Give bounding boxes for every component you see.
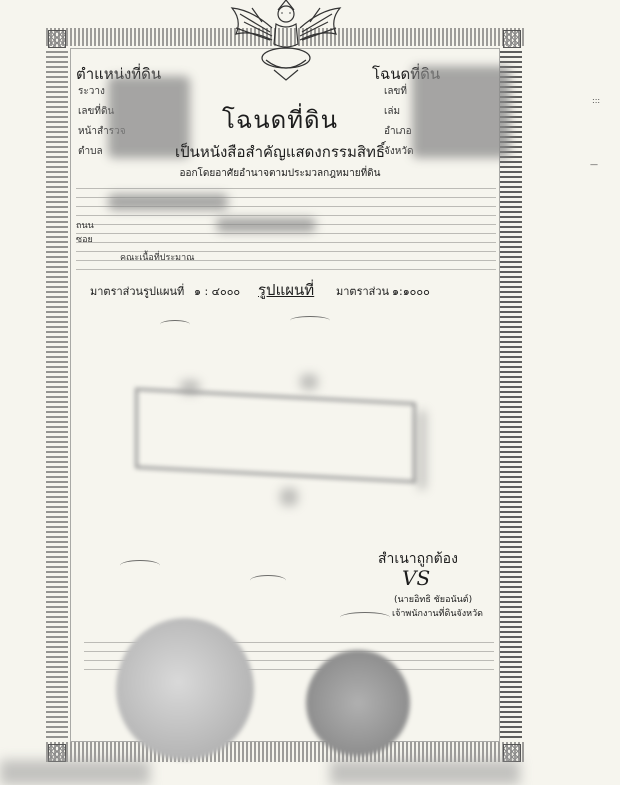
- scale-label: มาตราส่วนรูปแผนที่: [90, 282, 184, 300]
- document-subtitle: เป็นหนังสือสำคัญแสดงกรรมสิทธิ์: [0, 140, 560, 164]
- garuda-emblem-icon: [222, 0, 350, 82]
- redacted-plot-map: [135, 388, 416, 484]
- border-bottom: [46, 742, 524, 762]
- redacted-official-seal: [116, 618, 254, 760]
- margin-note: —: [590, 160, 598, 169]
- redacted-address: [216, 218, 316, 232]
- map-marker: [180, 380, 200, 394]
- corner-ornament: [48, 30, 66, 48]
- field-label-sheet: ระวาง: [78, 84, 105, 99]
- scale-value: ๑ : ๔๐๐๐: [194, 282, 240, 300]
- redacted-bottom: [0, 760, 150, 785]
- map-marker: [280, 488, 298, 506]
- signer-role: เจ้าพนักงานที่ดินจังหวัด: [392, 606, 483, 620]
- map-label: รูปแผนที่: [258, 278, 314, 302]
- redacted-bottom: [330, 760, 520, 785]
- right-scale-value: ๑:๑๐๐๐: [392, 282, 430, 300]
- signer-name: (นายอิทธิ ชัยอนันต์): [394, 592, 472, 606]
- map-marker: [300, 374, 318, 390]
- land-title-deed: ตำแหน่งที่ดิน ระวาง เลขที่ดิน หน้าสำรวจ …: [0, 0, 620, 785]
- field-label-number: เลขที่: [384, 84, 407, 99]
- right-scale-label: มาตราส่วน: [336, 282, 389, 300]
- signature: VS: [402, 566, 430, 590]
- redacted-official-seal: [306, 650, 410, 756]
- document-title: โฉนดที่ดิน: [0, 100, 560, 139]
- area-label: คณะเนื้อที่ประมาณ: [120, 250, 195, 264]
- map-side-label: [418, 410, 426, 490]
- corner-ornament: [503, 30, 521, 48]
- redacted-owner-name: [108, 194, 228, 210]
- margin-note: :::: [592, 96, 600, 105]
- authority-line: ออกโดยอาศัยอำนาจตามประมวลกฎหมายที่ดิน: [0, 166, 560, 181]
- road-label: ถนน: [76, 218, 94, 232]
- alley-label: ซอย: [76, 232, 93, 246]
